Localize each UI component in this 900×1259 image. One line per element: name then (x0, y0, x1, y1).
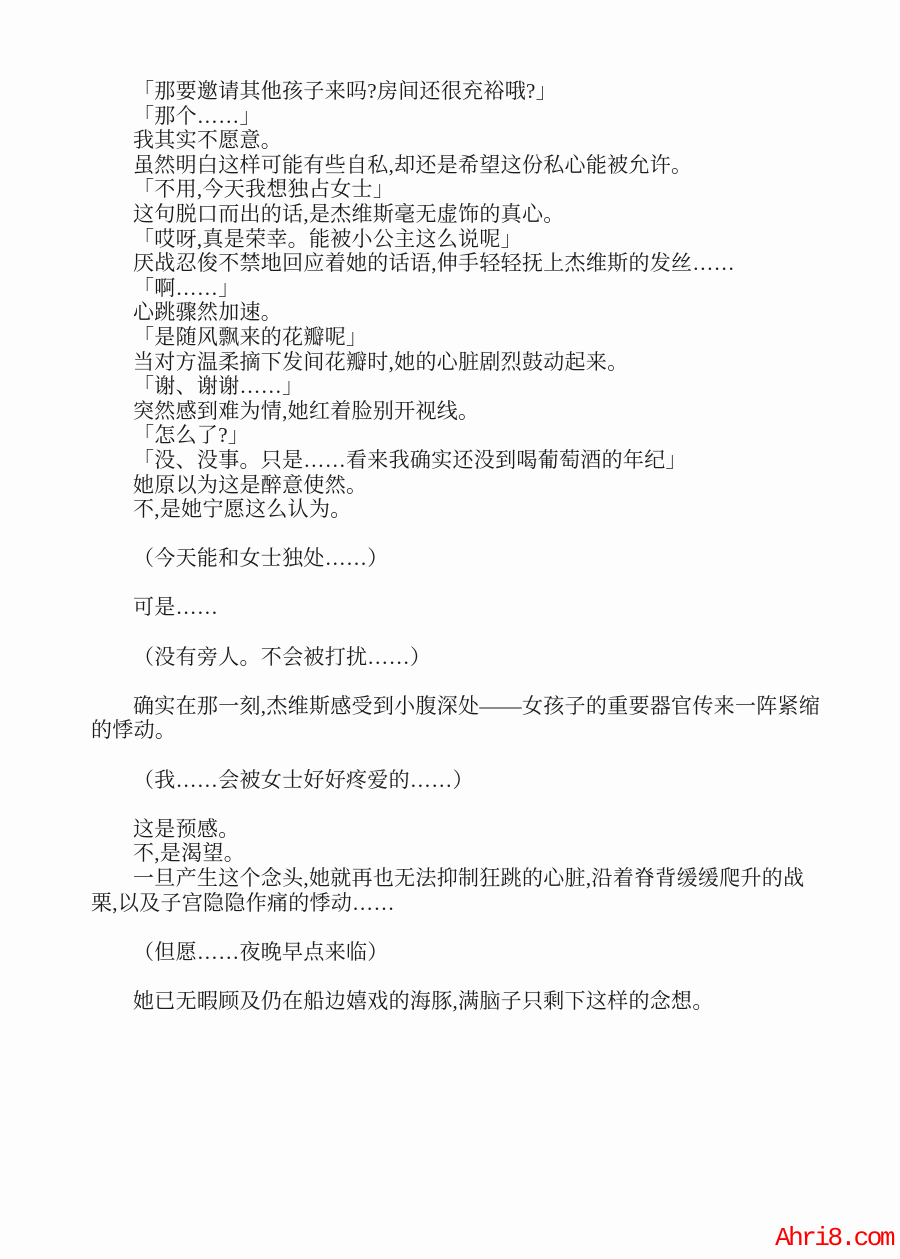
paragraph: （今天能和女士独处……） (91, 546, 839, 571)
paragraph: （但愿……夜晚早点来临） (91, 940, 839, 965)
paragraph: 不,是渴望。 (91, 841, 839, 866)
paragraph: 虽然明白这样可能有些自私,却还是希望这份私心能被允许。 (91, 153, 839, 178)
novel-page: 「那要邀请其他孩子来吗?房间还很充裕哦?」「那个……」我其实不愿意。虽然明白这样… (0, 0, 900, 1259)
novel-text-block: 「那要邀请其他孩子来吗?房间还很充裕哦?」「那个……」我其实不愿意。虽然明白这样… (91, 79, 839, 1014)
paragraph: 「那要邀请其他孩子来吗?房间还很充裕哦?」 (91, 79, 839, 104)
paragraph: 她已无暇顾及仍在船边嬉戏的海豚,满脑子只剩下这样的念想。 (91, 989, 839, 1014)
paragraph: 心跳骤然加速。 (91, 300, 839, 325)
paragraph: 「没、没事。只是……看来我确实还没到喝葡萄酒的年纪」 (91, 448, 839, 473)
paragraph: 她原以为这是醉意使然。 (91, 473, 839, 498)
paragraph: 当对方温柔摘下发间花瓣时,她的心脏剧烈鼓动起来。 (91, 350, 839, 375)
paragraph: 确实在那一刻,杰维斯感受到小腹深处——女孩子的重要器官传来一阵紧缩 的悸动。 (91, 694, 839, 743)
paragraph: 一旦产生这个念头,她就再也无法抑制狂跳的心脏,沿着脊背缓缓爬升的战 栗,以及子宫… (91, 866, 839, 915)
paragraph: 「哎呀,真是荣幸。能被小公主这么说呢」 (91, 227, 839, 252)
paragraph: 突然感到难为情,她红着脸别开视线。 (91, 399, 839, 424)
paragraph: 「谢、谢谢……」 (91, 374, 839, 399)
paragraph: 「那个……」 (91, 104, 839, 129)
paragraph: 这是预感。 (91, 817, 839, 842)
paragraph: 厌战忍俊不禁地回应着她的话语,伸手轻轻抚上杰维斯的发丝…… (91, 251, 839, 276)
paragraph: 「啊……」 (91, 276, 839, 301)
paragraph: 「是随风飘来的花瓣呢」 (91, 325, 839, 350)
paragraph: 可是…… (91, 595, 839, 620)
paragraph: （没有旁人。不会被打扰……） (91, 645, 839, 670)
paragraph: 这句脱口而出的话,是杰维斯毫无虚饰的真心。 (91, 202, 839, 227)
paragraph: 「怎么了?」 (91, 423, 839, 448)
watermark-text: Ahri8.com (775, 1223, 893, 1253)
paragraph: 不,是她宁愿这么认为。 (91, 497, 839, 522)
paragraph: （我……会被女士好好疼爱的……） (91, 768, 839, 793)
paragraph: 我其实不愿意。 (91, 128, 839, 153)
paragraph: 「不用,今天我想独占女士」 (91, 177, 839, 202)
